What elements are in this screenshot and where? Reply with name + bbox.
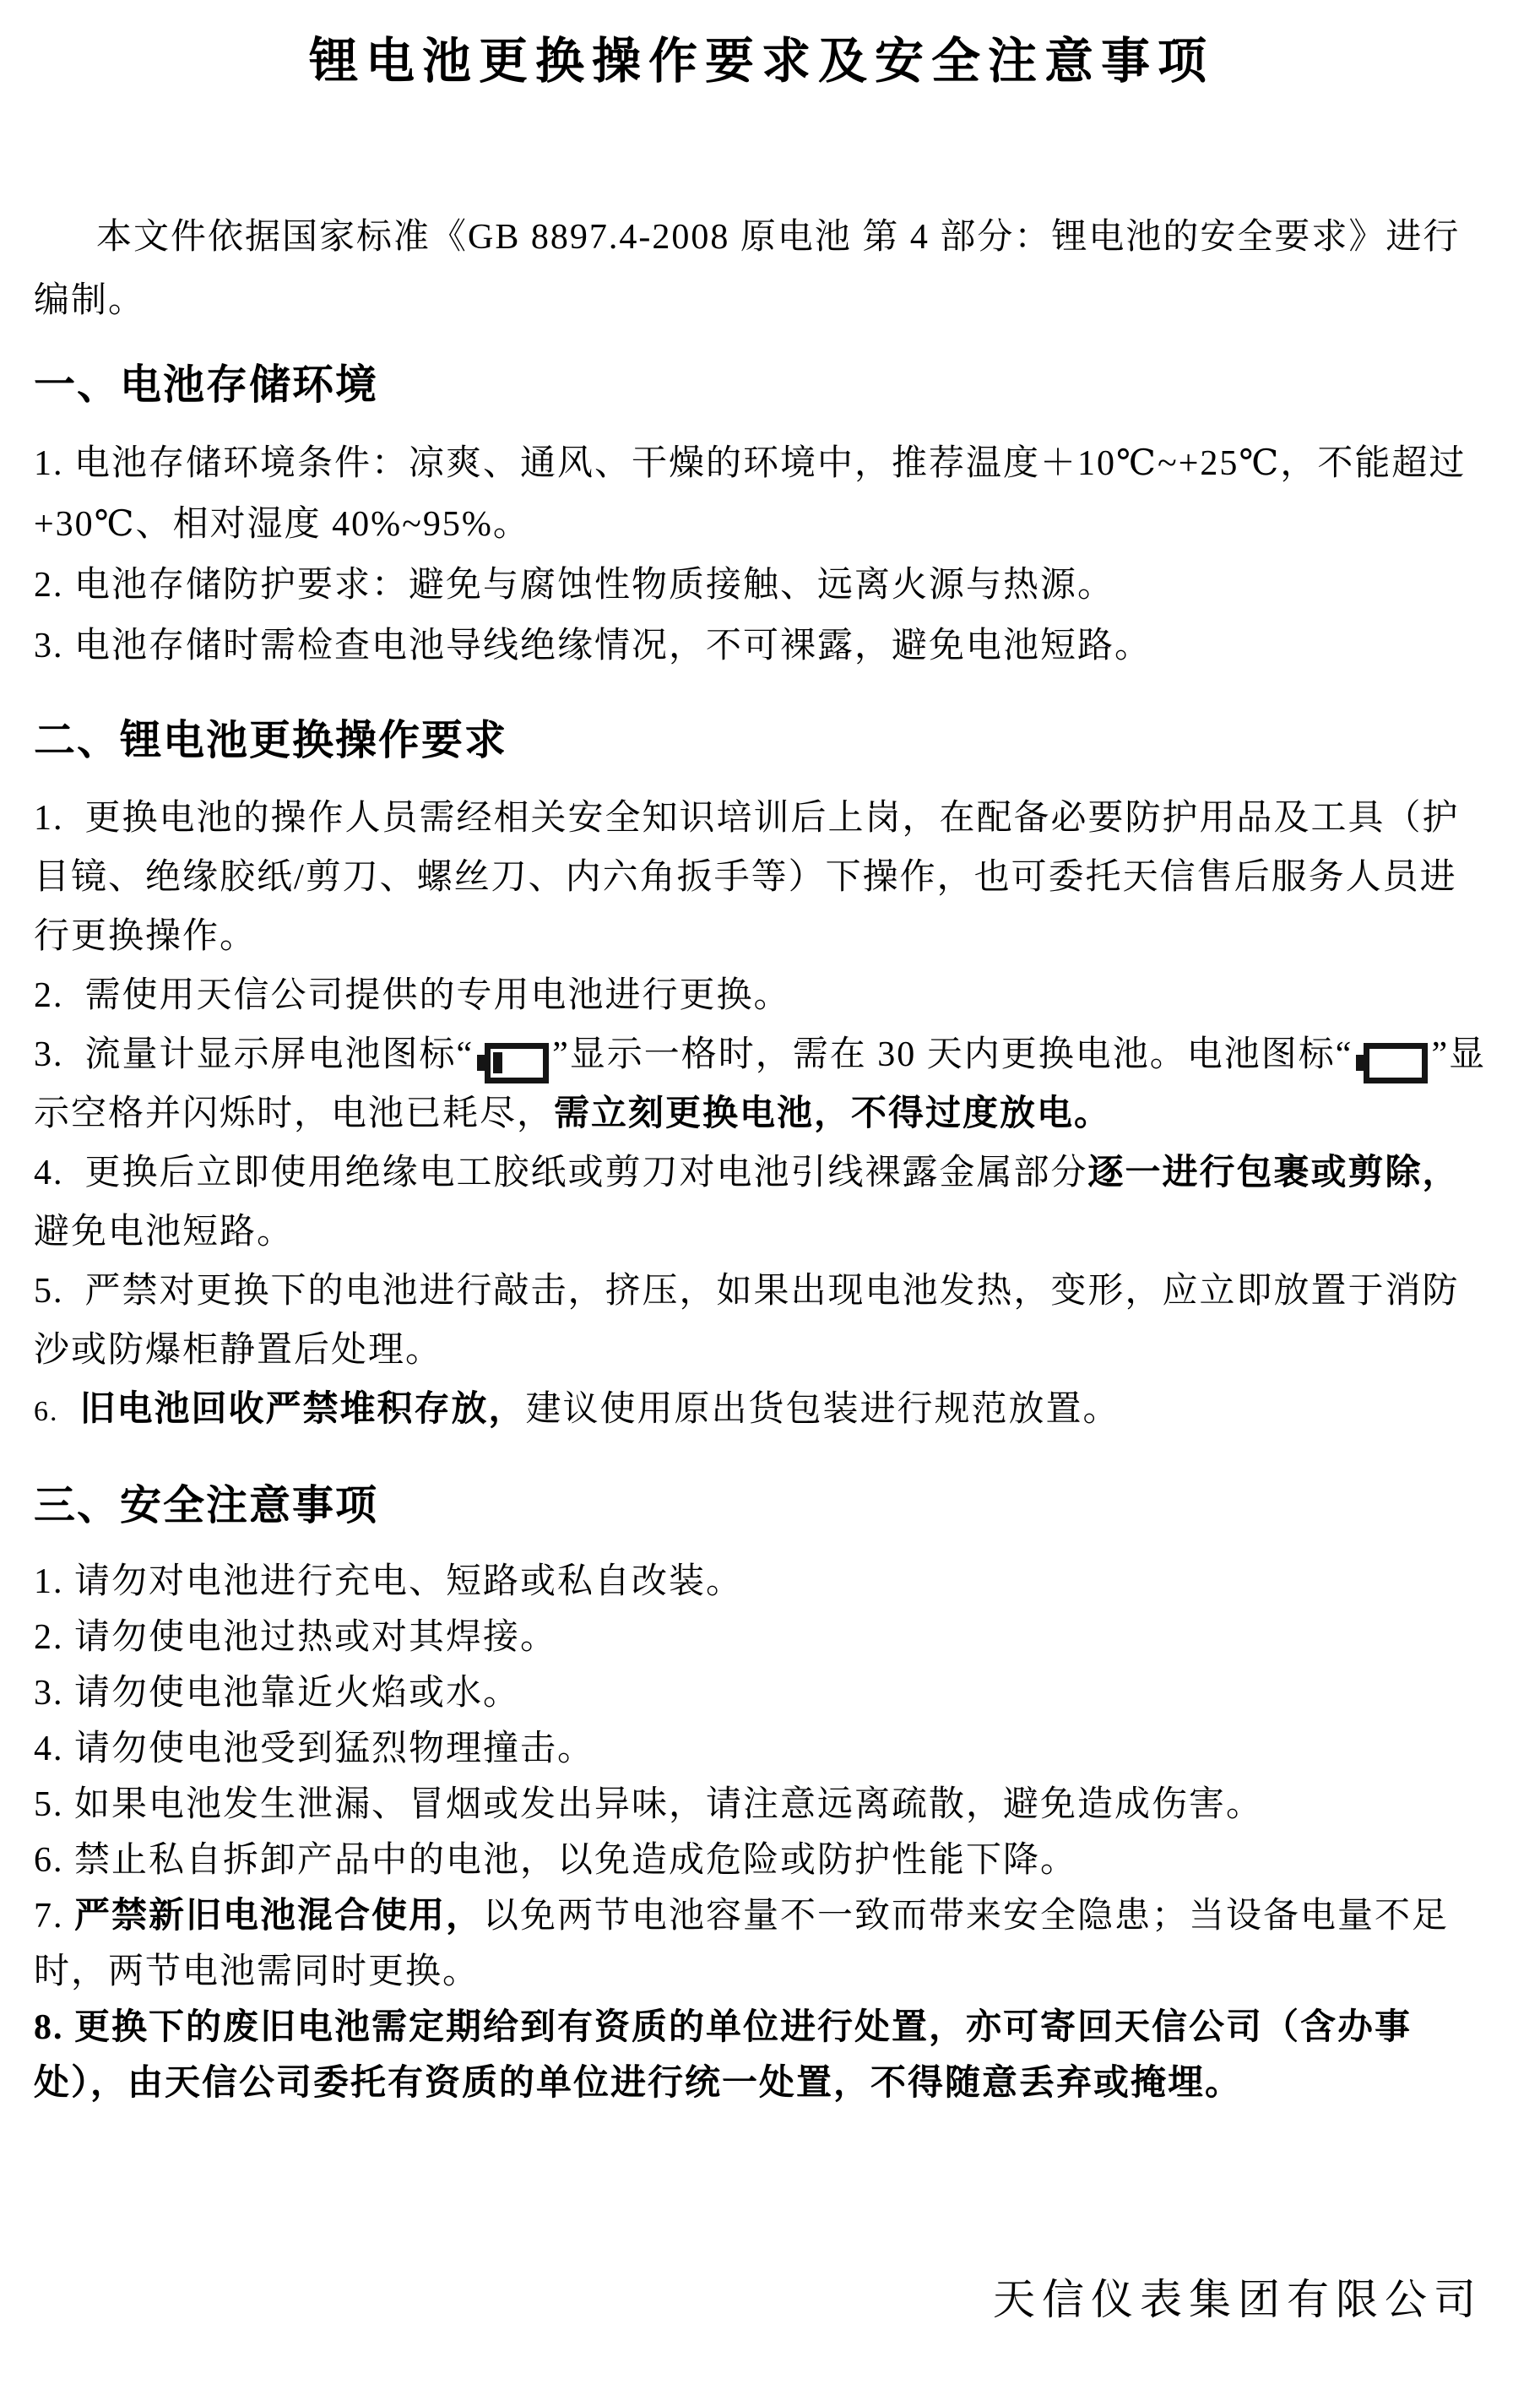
- list-item: 2. 电池存储防护要求：避免与腐蚀性物质接触、远离火源与热源。: [34, 555, 1489, 616]
- section-heading: 一、电池存储环境: [34, 360, 1489, 411]
- list-item: 6. 禁止私自拆卸产品中的电池，以免造成危险或防护性能下降。: [34, 1833, 1489, 1888]
- list-item: 6. 旧电池回收严禁堆积存放，建议使用原出货包装进行规范放置。: [34, 1380, 1489, 1442]
- document-page: 锂电池更换操作要求及安全注意事项 本文件依据国家标准《GB 8897.4-200…: [0, 0, 1540, 2384]
- text-run: 4. 请勿使电池受到猛烈物理撞击。: [34, 1730, 594, 1768]
- battery-low-icon: [477, 1043, 549, 1083]
- bold-text: 旧电池回收严禁堆积存放，: [80, 1390, 526, 1429]
- page-title: 锂电池更换操作要求及安全注意事项: [34, 32, 1489, 91]
- list-item: 7. 严禁新旧电池混合使用，以免两节电池容量不一致而带来安全隐患；当设备电量不足…: [34, 1888, 1489, 2000]
- text-run: 避免电池短路。: [34, 1213, 294, 1252]
- text-run: 1. 更换电池的操作人员需经相关安全知识培训后上岗，在配备必要防护用品及工具（护…: [34, 799, 1460, 956]
- section-replacement-requirements: 二、锂电池更换操作要求 1. 更换电池的操作人员需经相关安全知识培训后上岗，在配…: [34, 715, 1489, 1442]
- list-item: 5. 如果电池发生泄漏、冒烟或发出异味，请注意远离疏散，避免造成伤害。: [34, 1777, 1489, 1833]
- text-run: 5. 严禁对更换下的电池进行敲击，挤压，如果出现电池发热，变形，应立即放置于消防…: [34, 1272, 1460, 1370]
- text-run: 3. 流量计显示屏电池图标“: [34, 1035, 474, 1074]
- list-item: 3. 请勿使电池靠近火焰或水。: [34, 1665, 1489, 1721]
- section-safety-notes: 三、安全注意事项 1. 请勿对电池进行充电、短路或私自改装。 2. 请勿使电池过…: [34, 1480, 1489, 2111]
- list-item: 2. 需使用天信公司提供的专用电池进行更换。: [34, 966, 1489, 1025]
- text-run: 1. 请勿对电池进行充电、短路或私自改装。: [34, 1562, 743, 1601]
- text-run: 3. 请勿使电池靠近火焰或水。: [34, 1674, 520, 1713]
- text-run: ”显示一格时，需在 30 天内更换电池。电池图标“: [552, 1035, 1353, 1074]
- section-heading: 三、安全注意事项: [34, 1480, 1489, 1532]
- text-run: [59, 1390, 80, 1429]
- text-run: 6.: [34, 1396, 59, 1427]
- bold-text: 需立刻更换电池，不得过度放电。: [554, 1094, 1111, 1133]
- bold-text: 8. 更换下的废旧电池需定期给到有资质的单位进行处置，亦可寄回天信公司（含办事处…: [34, 2008, 1412, 2103]
- text-run: 3. 电池存储时需检查电池导线绝缘情况，不可裸露，避免电池短路。: [34, 627, 1152, 665]
- battery-empty-icon: [1356, 1043, 1428, 1083]
- text-run: 5. 如果电池发生泄漏、冒烟或发出异味，请注意远离疏散，避免造成伤害。: [34, 1785, 1263, 1824]
- list-item: 5. 严禁对更换下的电池进行敲击，挤压，如果出现电池发热，变形，应立即放置于消防…: [34, 1262, 1489, 1380]
- text-run: 7.: [34, 1897, 74, 1936]
- list-item: 4. 请勿使电池受到猛烈物理撞击。: [34, 1721, 1489, 1777]
- list-item: 1. 电池存储环境条件：凉爽、通风、干燥的环境中，推荐温度＋10℃~+25℃，不…: [34, 433, 1489, 555]
- list-item: 1. 更换电池的操作人员需经相关安全知识培训后上岗，在配备必要防护用品及工具（护…: [34, 789, 1489, 966]
- company-name: 天信仪表集团有限公司: [993, 2276, 1483, 2323]
- section-storage-environment: 一、电池存储环境 1. 电池存储环境条件：凉爽、通风、干燥的环境中，推荐温度＋1…: [34, 360, 1489, 676]
- text-run: 2. 需使用天信公司提供的专用电池进行更换。: [34, 976, 791, 1015]
- text-run: 建议使用原出货包装进行规范放置。: [526, 1390, 1120, 1429]
- text-run: 6. 禁止私自拆卸产品中的电池，以免造成危险或防护性能下降。: [34, 1841, 1077, 1880]
- bold-text: 逐一进行包裹或剪除，: [1088, 1154, 1460, 1192]
- bold-text: 严禁新旧电池混合使用，: [74, 1897, 483, 1936]
- list-item: 1. 请勿对电池进行充电、短路或私自改装。: [34, 1554, 1489, 1610]
- footer: 天信仪表集团有限公司: [34, 2273, 1489, 2326]
- text-run: 2. 请勿使电池过热或对其焊接。: [34, 1618, 557, 1657]
- list-item: 3. 电池存储时需检查电池导线绝缘情况，不可裸露，避免电池短路。: [34, 616, 1489, 676]
- text-run: 1. 电池存储环境条件：凉爽、通风、干燥的环境中，推荐温度＋10℃~+25℃，不…: [34, 444, 1466, 544]
- list-item: 8. 更换下的废旧电池需定期给到有资质的单位进行处置，亦可寄回天信公司（含办事处…: [34, 2000, 1489, 2111]
- intro-paragraph: 本文件依据国家标准《GB 8897.4-2008 原电池 第 4 部分：锂电池的…: [34, 206, 1489, 333]
- section-heading: 二、锂电池更换操作要求: [34, 715, 1489, 767]
- list-item: 4. 更换后立即使用绝缘电工胶纸或剪刀对电池引线裸露金属部分逐一进行包裹或剪除，…: [34, 1143, 1489, 1262]
- list-item: 3. 流量计显示屏电池图标“”显示一格时，需在 30 天内更换电池。电池图标“”…: [34, 1025, 1489, 1143]
- text-run: 2. 电池存储防护要求：避免与腐蚀性物质接触、远离火源与热源。: [34, 566, 1114, 605]
- list-item: 2. 请勿使电池过热或对其焊接。: [34, 1610, 1489, 1665]
- text-run: 4. 更换后立即使用绝缘电工胶纸或剪刀对电池引线裸露金属部分: [34, 1154, 1088, 1192]
